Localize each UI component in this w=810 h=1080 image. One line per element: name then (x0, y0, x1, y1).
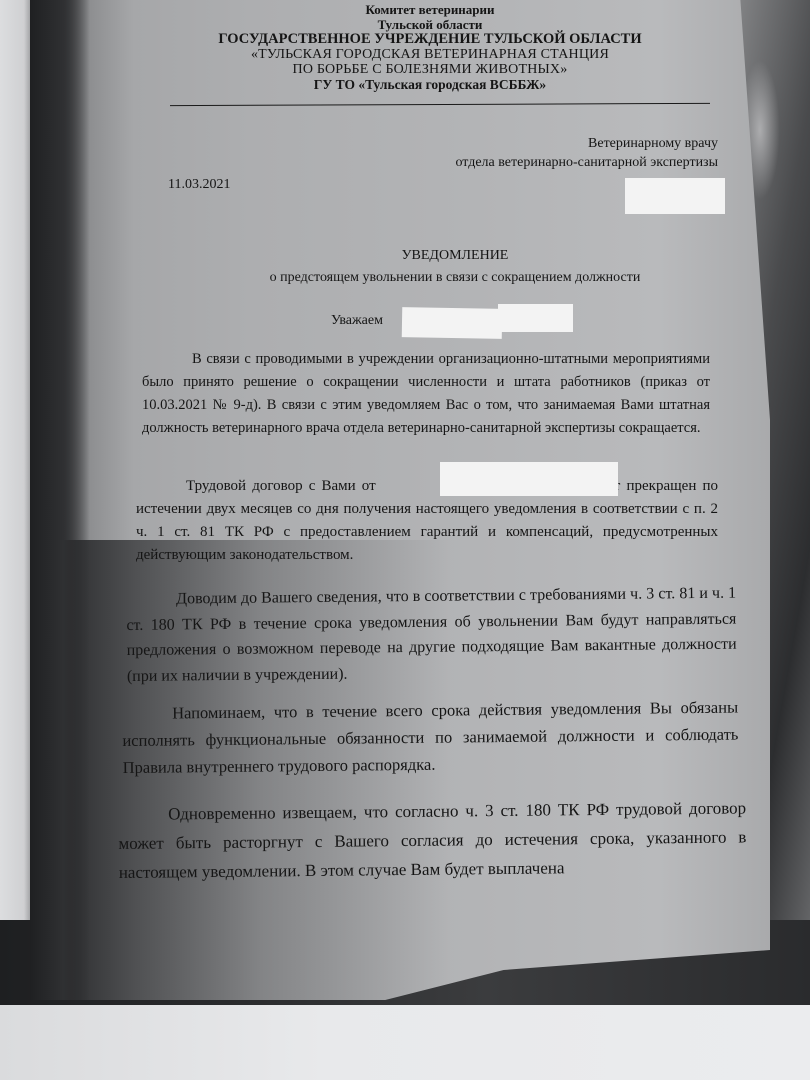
letterhead-station: «ТУЛЬСКАЯ ГОРОДСКАЯ ВЕТЕРИНАРНАЯ СТАНЦИЯ (170, 47, 690, 62)
recipient-block: Ветеринарному врачу отдела ветеринарно-с… (455, 134, 718, 172)
paragraph-text: Напоминаем, что в течение всего срока де… (122, 694, 739, 781)
paragraph-vacancy-offers: Доводим до Вашего сведения, что в соотве… (126, 581, 737, 689)
paragraph-text: Трудовой договор с Вами от будет прекращ… (136, 475, 718, 567)
paragraph-contract-termination: Трудовой договор с Вами от будет прекращ… (136, 475, 718, 567)
paragraph-early-termination: Одновременно извещаем, что согласно ч. 3… (118, 793, 747, 887)
redaction-recipient-name (625, 178, 725, 214)
paragraph-duties-reminder: Напоминаем, что в течение всего срока де… (122, 694, 739, 781)
paragraph-text: Одновременно извещаем, что согласно ч. 3… (118, 793, 747, 887)
contract-text-before: Трудовой договор с Вами от (186, 478, 376, 494)
letterhead-station-cont: ПО БОРЬБЕ С БОЛЕЗНЯМИ ЖИВОТНЫХ» (170, 62, 690, 77)
document-content: Комитет ветеринарии Тульской области ГОС… (0, 0, 810, 1000)
greeting: Уважаем (331, 313, 383, 329)
title-main: УВЕДОМЛЕНИЕ (160, 245, 750, 267)
background-table-bottom (0, 1002, 810, 1080)
recipient-position: Ветеринарному врачу (455, 134, 718, 153)
paragraph-text: Доводим до Вашего сведения, что в соотве… (126, 581, 737, 689)
letterhead-institution: ГОСУДАРСТВЕННОЕ УЧРЕЖДЕНИЕ ТУЛЬСКОЙ ОБЛА… (170, 32, 690, 47)
recipient-department: отдела ветеринарно-санитарной экспертизы (455, 153, 718, 172)
title-subtitle: о предстоящем увольнении в связи с сокра… (160, 267, 750, 289)
letterhead: Комитет ветеринарии Тульской области ГОС… (170, 2, 690, 92)
letterhead-divider (170, 103, 710, 106)
letterhead-committee: Комитет ветеринарии (170, 2, 690, 17)
redaction-contract-date (440, 462, 618, 496)
paragraph-text: В связи с проводимыми в учреждении орган… (142, 348, 710, 440)
letterhead-abbrev: ГУ ТО «Тульская городская ВСББЖ» (170, 77, 690, 92)
redaction-addressee-name (402, 307, 503, 339)
paragraph-reduction-notice: В связи с проводимыми в учреждении орган… (142, 348, 710, 440)
redaction-addressee-name-2 (498, 304, 573, 332)
letterhead-region: Тульской области (170, 17, 690, 32)
document-title: УВЕДОМЛЕНИЕ о предстоящем увольнении в с… (160, 245, 750, 289)
document-date: 11.03.2021 (168, 177, 230, 193)
